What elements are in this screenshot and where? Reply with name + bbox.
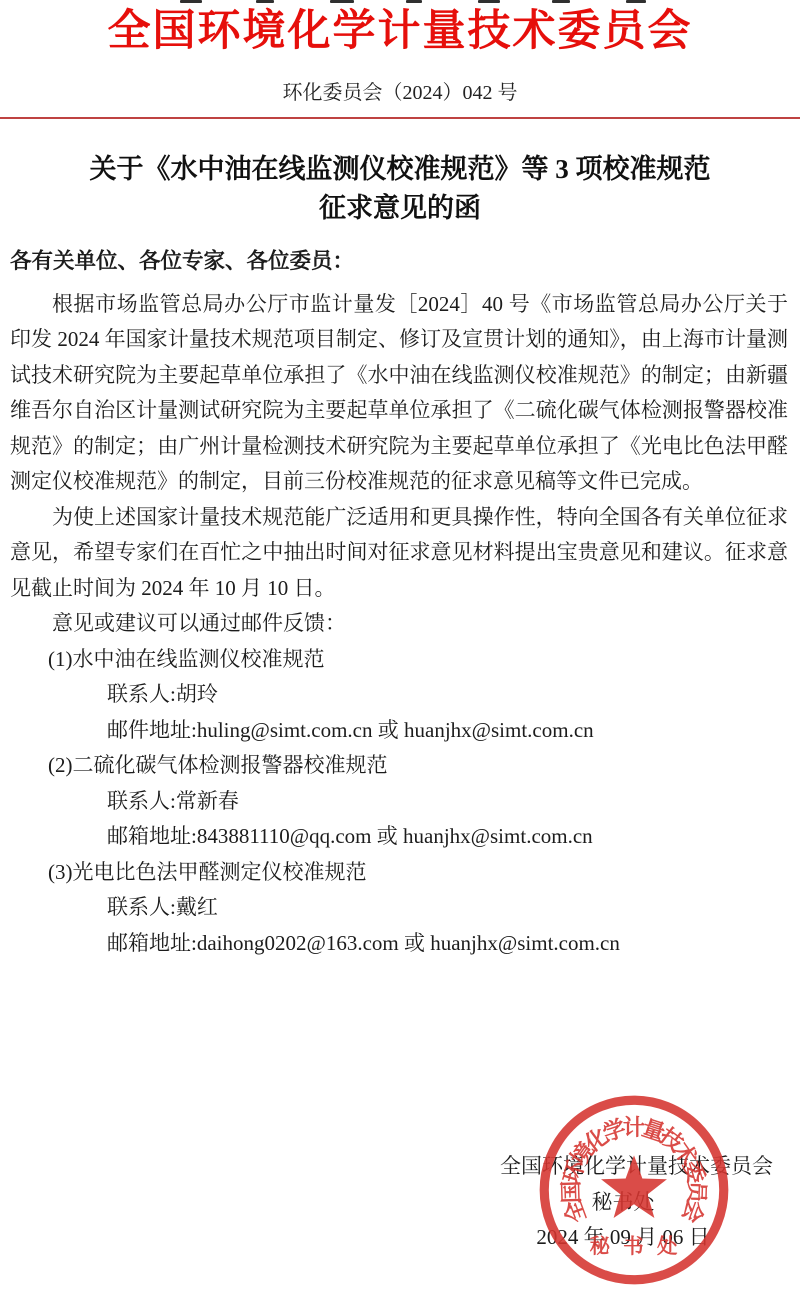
scan-artifacts xyxy=(0,0,800,5)
red-divider-line xyxy=(0,117,800,119)
paragraph-2: 为使上述国家计量技术规范能广泛适用和更具操作性，特向全国各有关单位征求意见，希望… xyxy=(10,500,788,607)
feedback-line: 意见或建议可以通过邮件反馈： xyxy=(10,606,788,642)
item-3-title: (3)光电比色法甲醛测定仪校准规范 xyxy=(10,855,788,891)
item-1-contact: 联系人:胡玲 xyxy=(10,677,788,713)
seal-bottom-text: 秘书处 xyxy=(590,1234,691,1258)
scan-artifact-mark xyxy=(406,0,422,3)
salutation: 各有关单位、各位专家、各位委员： xyxy=(10,244,788,280)
document-number: 环化委员会（2024）042 号 xyxy=(0,79,800,107)
item-1: (1)水中油在线监测仪校准规范 联系人:胡玲 邮件地址:huling@simt.… xyxy=(10,642,788,749)
paragraph-1: 根据市场监管总局办公厅市监计量发［2024］40 号《市场监管总局办公厅关于印发… xyxy=(10,287,788,500)
scan-artifact-mark xyxy=(180,0,202,3)
item-1-title: (1)水中油在线监测仪校准规范 xyxy=(10,642,788,678)
letter-body: 根据市场监管总局办公厅市监计量发［2024］40 号《市场监管总局办公厅关于印发… xyxy=(10,287,788,962)
org-title: 全国环境化学计量技术委员会 xyxy=(0,0,800,54)
official-letter-page: 全国环境化学计量技术委员会 环化委员会（2024）042 号 关于《水中油在线监… xyxy=(0,0,800,1295)
scan-artifact-mark xyxy=(256,0,274,3)
red-star-icon xyxy=(601,1155,667,1218)
item-2-title: (2)二硫化碳气体检测报警器校准规范 xyxy=(10,748,788,784)
scan-artifact-mark xyxy=(552,0,570,3)
letter-title-line2: 征求意见的函 xyxy=(0,189,800,228)
item-2-contact: 联系人:常新春 xyxy=(10,784,788,820)
official-seal: 全国环境化学计量技术委员会 秘书处 xyxy=(532,1088,736,1292)
item-2-email: 邮箱地址:843881110@qq.com 或 huanjhx@simt.com… xyxy=(10,819,788,855)
item-3-email: 邮箱地址:daihong0202@163.com 或 huanjhx@simt.… xyxy=(10,926,788,962)
letter-title-line1: 关于《水中油在线监测仪校准规范》等 3 项校准规范 xyxy=(0,150,800,189)
scan-artifact-mark xyxy=(330,0,354,3)
scan-artifact-mark xyxy=(626,0,646,3)
item-3: (3)光电比色法甲醛测定仪校准规范 联系人:戴红 邮箱地址:daihong020… xyxy=(10,855,788,962)
scan-artifact-mark xyxy=(478,0,500,3)
item-2: (2)二硫化碳气体检测报警器校准规范 联系人:常新春 邮箱地址:84388111… xyxy=(10,748,788,855)
item-1-email: 邮件地址:huling@simt.com.cn 或 huanjhx@simt.c… xyxy=(10,713,788,749)
letter-title: 关于《水中油在线监测仪校准规范》等 3 项校准规范 征求意见的函 xyxy=(0,150,800,228)
item-3-contact: 联系人:戴红 xyxy=(10,890,788,926)
